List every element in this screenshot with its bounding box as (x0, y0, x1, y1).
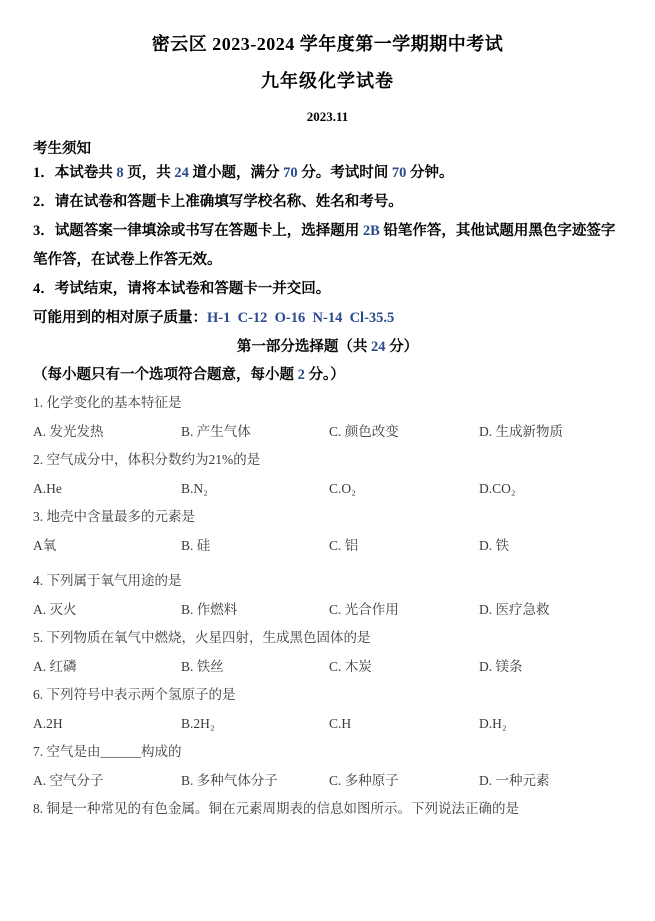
text-segment: 分） (386, 339, 419, 355)
question-stem: 4. 下列属于氧气用途的是 (33, 567, 622, 596)
question-8: 8. 铜是一种常见的有色金属。铜在元素周期表的信息如图所示。下列说法正确的是 (33, 795, 622, 824)
option-a: A.2H (33, 710, 181, 739)
option-a: A. 灭火 (33, 596, 181, 625)
option-b: B. 多种气体分子 (181, 767, 329, 796)
option-d: D.H₂ (479, 710, 622, 739)
question-5: 5. 下列物质在氧气中燃烧，火星四射，生成黑色固体的是 A. 红磷 B. 铁丝 … (33, 624, 622, 681)
option-c: C.O₂ (329, 475, 479, 504)
text-segment: 2．请在试卷和答题卡上准确填写学校名称、姓名和考号。 (33, 194, 403, 210)
text-segment: 3．试题答案一律填涂或书写在答题卡上，选择题用 (33, 223, 363, 239)
question-stem: 2. 空气成分中，体积分数约为21%的是 (33, 446, 622, 475)
question-options: A.2H B.2H₂ C.H D.H₂ (33, 710, 622, 739)
option-c: C. 木炭 (329, 653, 479, 682)
question-options: A氧 B. 硅 C. 铝 D. 铁 (33, 532, 622, 561)
highlight-number: 70 (392, 165, 407, 181)
text-segment: 1．本试卷共 (33, 165, 116, 181)
notice-item-3: 3．试题答案一律填涂或书写在答题卡上，选择题用 2B 铅笔作答，其他试题用黑色字… (33, 217, 622, 275)
text-segment: 道小题，满分 (189, 165, 283, 181)
question-list: 1. 化学变化的基本特征是 A. 发光发热 B. 产生气体 C. 颜色改变 D.… (33, 389, 622, 824)
option-b: B.N₂ (181, 475, 329, 504)
question-7: 7. 空气是由______构成的 A. 空气分子 B. 多种气体分子 C. 多种… (33, 738, 622, 795)
question-stem: 5. 下列物质在氧气中燃烧，火星四射，生成黑色固体的是 (33, 624, 622, 653)
highlight-number: 24 (371, 339, 386, 355)
text-segment: 4．考试结束，请将本试卷和答题卡一并交回。 (33, 281, 330, 297)
option-c: C. 颜色改变 (329, 418, 479, 447)
section-note: （每小题只有一个选项符合题意，每小题 2 分。） (33, 361, 622, 389)
option-c: C. 光合作用 (329, 596, 479, 625)
option-b: B. 产生气体 (181, 418, 329, 447)
text-segment: 页，共 (124, 165, 175, 181)
exam-title: 密云区 2023-2024 学年度第一学期期中考试 (33, 32, 622, 56)
question-3: 3. 地壳中含量最多的元素是 A氧 B. 硅 C. 铝 D. 铁 (33, 503, 622, 560)
option-a: A. 发光发热 (33, 418, 181, 447)
question-4: 4. 下列属于氧气用途的是 A. 灭火 B. 作燃料 C. 光合作用 D. 医疗… (33, 567, 622, 624)
question-stem: 6. 下列符号中表示两个氢原子的是 (33, 681, 622, 710)
option-b: B. 铁丝 (181, 653, 329, 682)
highlight-number: 70 (283, 165, 298, 181)
option-b: B. 硅 (181, 532, 329, 561)
option-d: D. 一种元素 (479, 767, 622, 796)
question-1: 1. 化学变化的基本特征是 A. 发光发热 B. 产生气体 C. 颜色改变 D.… (33, 389, 622, 446)
text-segment: （每小题只有一个选项符合题意，每小题 (33, 367, 298, 383)
option-d: D. 铁 (479, 532, 622, 561)
option-c: C. 铝 (329, 532, 479, 561)
question-stem: 8. 铜是一种常见的有色金属。铜在元素周期表的信息如图所示。下列说法正确的是 (33, 795, 622, 824)
option-a: A. 空气分子 (33, 767, 181, 796)
text-segment: 可能用到的相对原子质量： (33, 310, 207, 326)
exam-page: 密云区 2023-2024 学年度第一学期期中考试 九年级化学试卷 2023.1… (0, 0, 655, 921)
option-d: D. 镁条 (479, 653, 622, 682)
section-heading: 第一部分选择题（共 24 分） (33, 333, 622, 361)
question-6: 6. 下列符号中表示两个氢原子的是 A.2H B.2H₂ C.H D.H₂ (33, 681, 622, 738)
option-c: C. 多种原子 (329, 767, 479, 796)
highlight-number: 2B (363, 223, 380, 239)
option-a: A. 红磷 (33, 653, 181, 682)
question-options: A. 发光发热 B. 产生气体 C. 颜色改变 D. 生成新物质 (33, 418, 622, 447)
highlight-number: 24 (174, 165, 189, 181)
question-2: 2. 空气成分中，体积分数约为21%的是 A.He B.N₂ C.O₂ D.CO… (33, 446, 622, 503)
notice-item-2: 2．请在试卷和答题卡上准确填写学校名称、姓名和考号。 (33, 188, 622, 217)
highlight-number: 2 (298, 367, 305, 383)
text-segment: 分。考试时间 (298, 165, 392, 181)
option-c: C.H (329, 710, 479, 739)
question-options: A. 空气分子 B. 多种气体分子 C. 多种原子 D. 一种元素 (33, 767, 622, 796)
option-b: B.2H₂ (181, 710, 329, 739)
text-segment: 分。） (305, 367, 345, 383)
question-options: A.He B.N₂ C.O₂ D.CO₂ (33, 475, 622, 504)
option-d: D.CO₂ (479, 475, 622, 504)
option-d: D. 医疗急救 (479, 596, 622, 625)
highlight-number: 8 (116, 165, 123, 181)
question-stem: 3. 地壳中含量最多的元素是 (33, 503, 622, 532)
notice-item-4: 4．考试结束，请将本试卷和答题卡一并交回。 (33, 275, 622, 304)
notice-item-1: 1．本试卷共 8 页，共 24 道小题，满分 70 分。考试时间 70 分钟。 (33, 159, 622, 188)
option-d: D. 生成新物质 (479, 418, 622, 447)
option-b: B. 作燃料 (181, 596, 329, 625)
question-options: A. 红磷 B. 铁丝 C. 木炭 D. 镁条 (33, 653, 622, 682)
question-stem: 1. 化学变化的基本特征是 (33, 389, 622, 418)
exam-date: 2023.11 (33, 109, 622, 125)
text-segment: 分钟。 (406, 165, 453, 181)
atomic-mass-line: 可能用到的相对原子质量：H-1 C-12 O-16 N-14 Cl-35.5 (33, 304, 622, 333)
exam-subtitle: 九年级化学试卷 (33, 69, 622, 93)
option-a: A.He (33, 475, 181, 504)
highlight-number: H-1 C-12 O-16 N-14 Cl-35.5 (207, 310, 394, 326)
candidate-notice: 考生须知 1．本试卷共 8 页，共 24 道小题，满分 70 分。考试时间 70… (33, 139, 622, 333)
option-a: A氧 (33, 532, 181, 561)
text-segment: 第一部分选择题（共 (237, 339, 371, 355)
question-stem: 7. 空气是由______构成的 (33, 738, 622, 767)
question-options: A. 灭火 B. 作燃料 C. 光合作用 D. 医疗急救 (33, 596, 622, 625)
notice-heading: 考生须知 (33, 139, 622, 159)
